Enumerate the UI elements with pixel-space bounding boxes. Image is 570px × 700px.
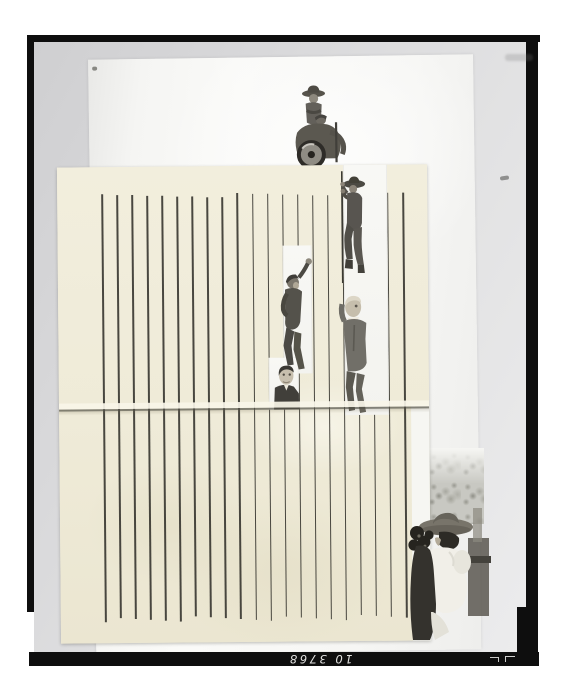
- figure-group-two-men-and-wheel: [283, 82, 359, 173]
- figure-reaching-man: [273, 251, 316, 373]
- frame-registration-mark: [505, 656, 515, 662]
- inscription-number: 10 3768: [268, 650, 372, 667]
- ruled-cream-paper: [57, 164, 431, 643]
- mat-smudge: [505, 54, 533, 61]
- frame-bar-top: [27, 35, 540, 42]
- figure-blond-man: [333, 291, 380, 415]
- frame-bar-left: [27, 35, 34, 612]
- frame-registration-mark: [490, 657, 499, 662]
- figure-climbing-man: [326, 171, 377, 283]
- artwork-photograph: 10 3768: [0, 0, 570, 700]
- figure-edwardian-woman: [405, 500, 491, 642]
- frame-bar-right-lower: [517, 607, 538, 658]
- frame-bar-right-upper: [526, 35, 538, 608]
- photo-corner-mark: [92, 67, 97, 71]
